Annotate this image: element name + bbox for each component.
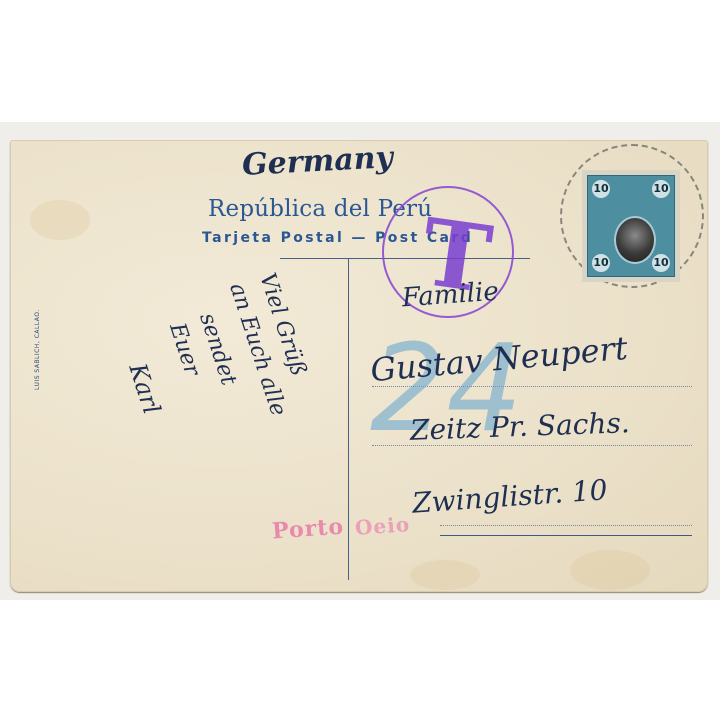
paper-stain (30, 200, 90, 240)
postage-stamp: 10 10 10 10 (582, 170, 680, 282)
stamp-value: 10 (592, 180, 610, 198)
message-line-3-handwritten: sendet (194, 310, 241, 389)
porto-stamp-partial: Oeio (354, 512, 411, 540)
stamp-value: 10 (652, 180, 670, 198)
address-line-1-handwritten: Familie (401, 277, 500, 314)
postcard: LUIS SABLICH, CALLAO. Germany República … (10, 140, 708, 592)
address-underline (440, 535, 692, 536)
address-line (440, 525, 692, 526)
stamp-portrait (614, 216, 656, 264)
stamp-value: 10 (592, 254, 610, 272)
stamp-value: 10 (652, 254, 670, 272)
address-line-4-handwritten: Zwinglistr. 10 (411, 473, 608, 520)
address-line-3-handwritten: Zeitz Pr. Sachs. (409, 406, 630, 447)
destination-country-handwritten: Germany (241, 140, 394, 183)
message-signature-handwritten: Karl (123, 360, 166, 418)
porto-stamp: Porto (271, 514, 345, 545)
printer-imprint: LUIS SABLICH, CALLAO. (34, 309, 41, 390)
paper-stain (570, 550, 650, 590)
paper-stain (410, 560, 480, 590)
center-divider (348, 258, 349, 580)
stamp-design: 10 10 10 10 (587, 175, 675, 277)
